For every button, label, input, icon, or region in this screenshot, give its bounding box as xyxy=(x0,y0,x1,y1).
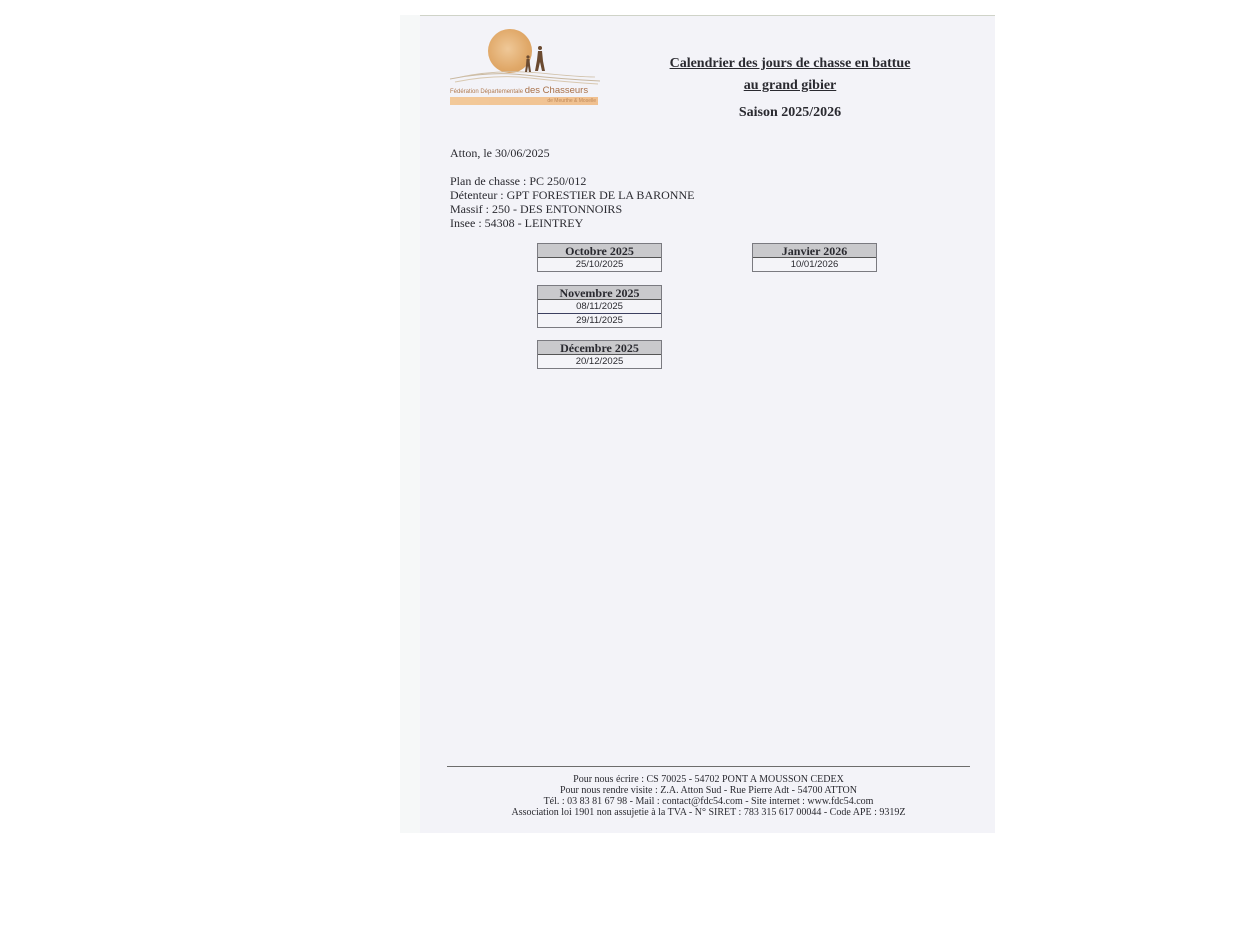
hunt-date: 29/11/2025 xyxy=(538,313,661,327)
hunt-date: 25/10/2025 xyxy=(538,258,661,271)
place-date: Atton, le 30/06/2025 xyxy=(450,146,694,160)
scanned-page: Fédération Départementale des Chasseurs … xyxy=(400,15,995,833)
month-table-decembre: Décembre 2025 20/12/2025 xyxy=(537,340,662,369)
logo-org-prefix: Fédération Départementale xyxy=(450,89,523,95)
footer-visit-address: Pour nous rendre visite : Z.A. Atton Sud… xyxy=(447,785,970,796)
month-header: Décembre 2025 xyxy=(538,341,661,355)
scan-edge xyxy=(400,15,420,833)
logo-org-main: des Chasseurs xyxy=(525,85,588,96)
hunt-date: 20/12/2025 xyxy=(538,355,661,368)
hunt-plan: Plan de chasse : PC 250/012 xyxy=(450,174,694,188)
month-header: Janvier 2026 xyxy=(753,244,876,258)
footer-postal-address: Pour nous écrire : CS 70025 - 54702 PONT… xyxy=(447,774,970,785)
insee: Insee : 54308 - LEINTREY xyxy=(450,216,694,230)
holder: Détenteur : GPT FORESTIER DE LA BARONNE xyxy=(450,188,694,202)
logo-hunters-icon xyxy=(520,45,550,75)
document-title-block: Calendrier des jours de chasse en battue… xyxy=(650,53,930,124)
month-header: Novembre 2025 xyxy=(538,286,661,300)
logo-region-band: de Meurthe & Moselle xyxy=(450,97,598,105)
month-table-octobre: Octobre 2025 25/10/2025 xyxy=(537,243,662,272)
hunt-date: 08/11/2025 xyxy=(538,300,661,313)
footer-contact: Pour nous écrire : CS 70025 - 54702 PONT… xyxy=(447,774,970,818)
fdc-logo: Fédération Départementale des Chasseurs … xyxy=(450,27,600,109)
hunt-date: 10/01/2026 xyxy=(753,258,876,271)
month-table-janvier: Janvier 2026 10/01/2026 xyxy=(752,243,877,272)
logo-org-name: Fédération Départementale des Chasseurs xyxy=(450,85,600,96)
season-label: Saison 2025/2026 xyxy=(650,102,930,124)
footer-legal: Association loi 1901 non assujetie à la … xyxy=(447,807,970,818)
footer-divider xyxy=(447,766,970,767)
month-table-novembre: Novembre 2025 08/11/2025 29/11/2025 xyxy=(537,285,662,328)
footer-contact-line: Tél. : 03 83 81 67 98 - Mail : contact@f… xyxy=(447,796,970,807)
massif: Massif : 250 - DES ENTONNOIRS xyxy=(450,202,694,216)
month-header: Octobre 2025 xyxy=(538,244,661,258)
document-title-line2: au grand gibier xyxy=(650,75,930,97)
scan-top-edge xyxy=(420,15,995,16)
hunt-info-block: Atton, le 30/06/2025 Plan de chasse : PC… xyxy=(450,146,694,230)
document-title-line1: Calendrier des jours de chasse en battue xyxy=(650,53,930,75)
